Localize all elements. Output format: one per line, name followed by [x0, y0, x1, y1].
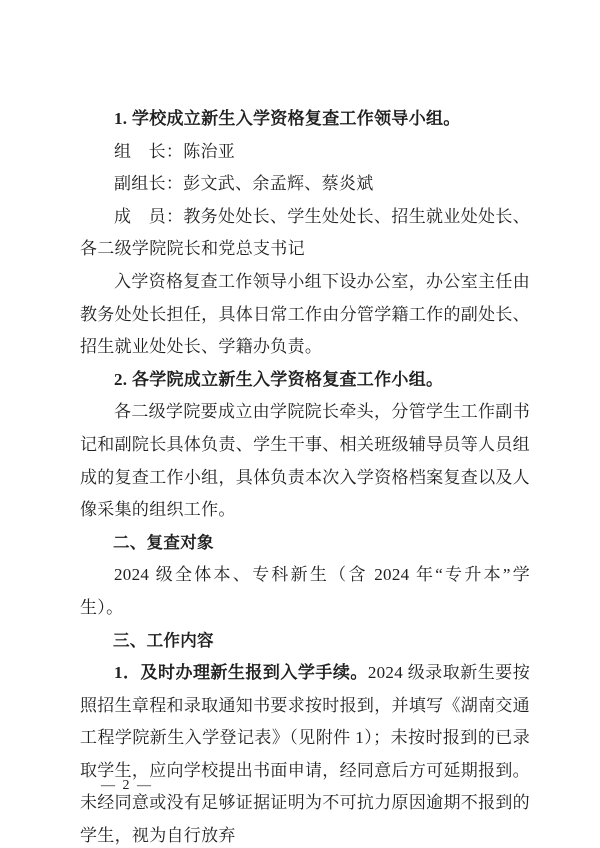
paragraph-college-group-detail: 各二级学院要成立由学院院长牵头，分管学生工作副书记和副院长具体负责、学生干事、相…: [80, 396, 530, 526]
document-body: 1. 学校成立新生入学资格复查工作领导小组。 组 长：陈治亚 副组长：彭文武、余…: [80, 103, 530, 848]
heading-section-review-targets: 二、复查对象: [80, 527, 530, 560]
document-page: 1. 学校成立新生入学资格复查工作领导小组。 组 长：陈治亚 副组长：彭文武、余…: [0, 0, 600, 848]
paragraph-members: 成 员：教务处处长、学生处处长、招生就业处处长、各二级学院院长和党总支书记: [80, 201, 530, 266]
paragraph-deputy-leaders: 副组长：彭文武、余孟辉、蔡炎斌: [80, 168, 530, 201]
heading-section-work-content: 三、工作内容: [80, 625, 530, 658]
paragraph-review-targets: 2024 级全体本、专科新生（含 2024 年“专升本”学生）。: [80, 559, 530, 624]
paragraph-registration-rest: 2024 级录取新生要按照招生章程和录取通知书要求按时报到，并填写《湖南交通工程…: [80, 663, 530, 845]
heading-school-leading-group: 1. 学校成立新生入学资格复查工作领导小组。: [80, 103, 530, 136]
paragraph-group-leader: 组 长：陈治亚: [80, 136, 530, 169]
paragraph-office-setup: 入学资格复查工作领导小组下设办公室，办公室主任由教务处处长担任，具体日常工作由分…: [80, 266, 530, 364]
heading-college-work-group: 2. 各学院成立新生入学资格复查工作小组。: [80, 364, 530, 397]
page-number: — 2 —: [101, 778, 153, 794]
paragraph-registration-lead: 1．及时办理新生报到入学手续。: [114, 663, 368, 682]
paragraph-registration-procedure: 1．及时办理新生报到入学手续。2024 级录取新生要按照招生章程和录取通知书要求…: [80, 657, 530, 848]
